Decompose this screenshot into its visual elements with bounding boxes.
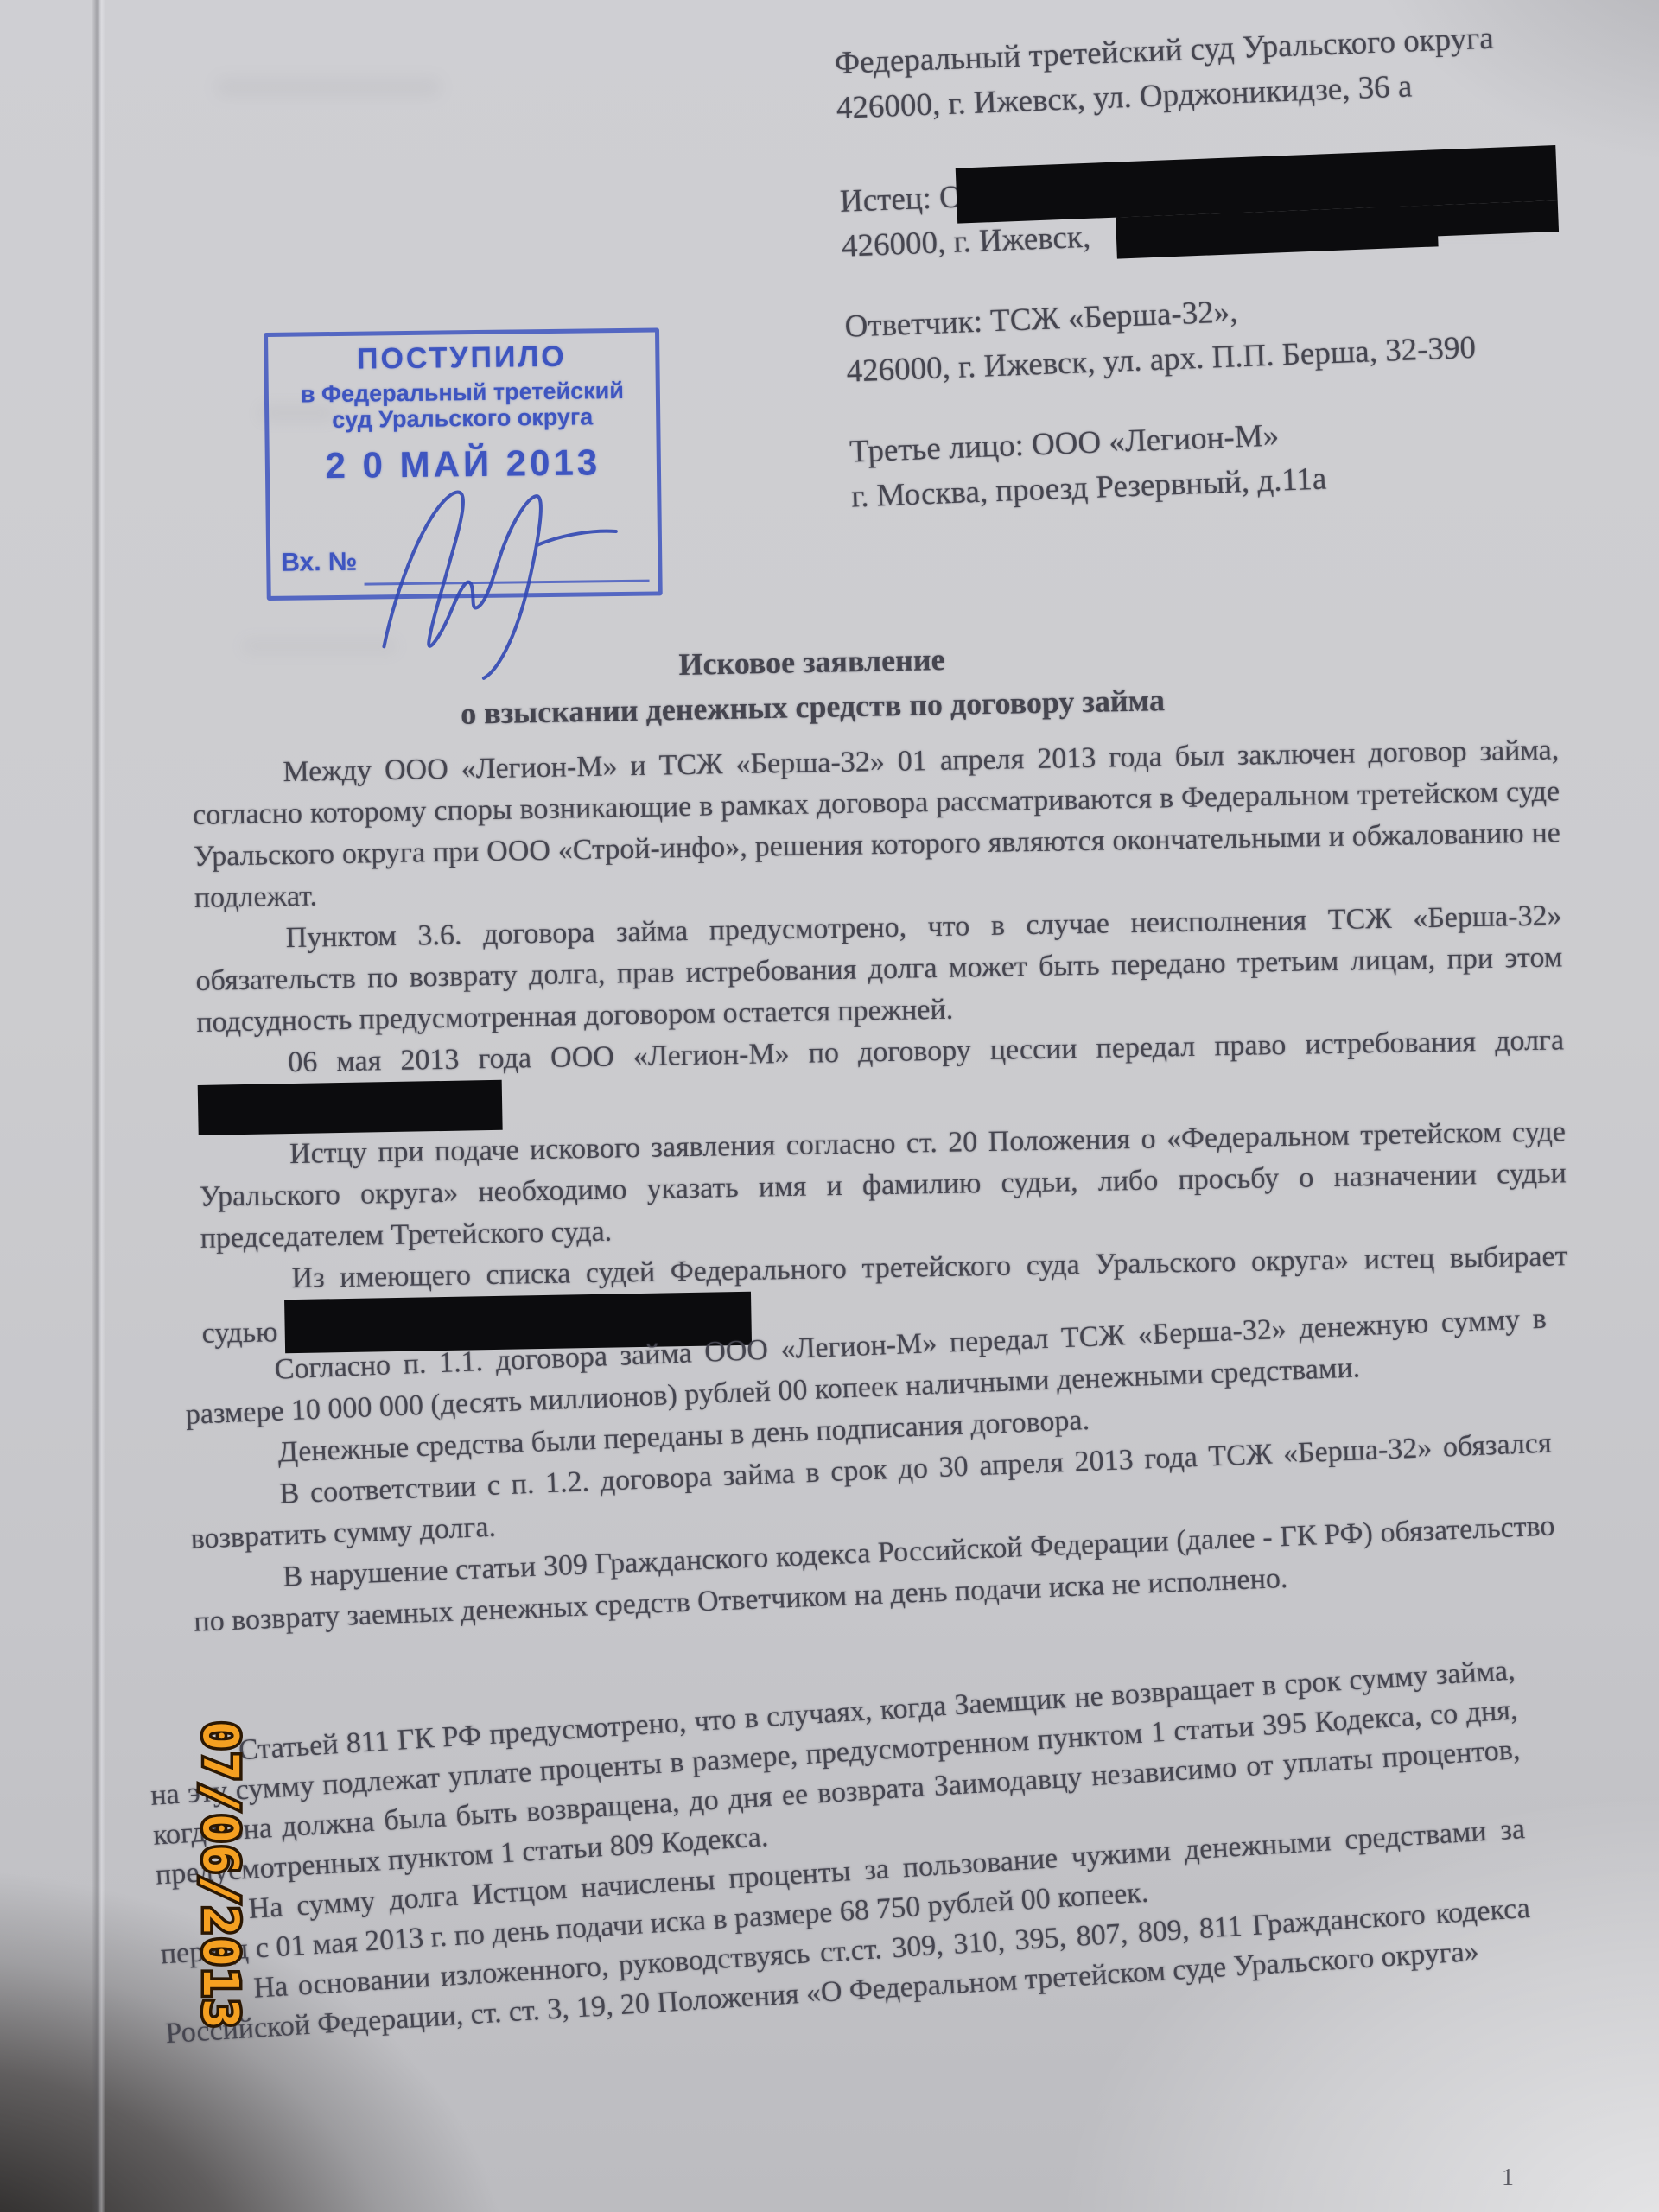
paragraph: Пунктом 3.6. договора займа предусмотрен… [194, 895, 1563, 1044]
document-header: Федеральный третейский суд Уральского ок… [834, 14, 1583, 543]
stamp-court-line2: суд Уральского округа [269, 403, 656, 434]
document-photo: Федеральный третейский суд Уральского ок… [0, 0, 1659, 2212]
body-middle: Согласно п. 1.1. договора займа ООО «Лег… [183, 1299, 1557, 1643]
camera-date-text: 07/06/2013 [192, 1721, 248, 2030]
stamp-received-label: ПОСТУПИЛО [268, 339, 655, 377]
camera-date-stamp: 07/06/2013 [194, 1721, 255, 2093]
bleed-smudge [216, 78, 441, 97]
body-upper: Между ООО «Легион-М» и ТСЖ «Берша-32» 01… [192, 729, 1569, 1355]
paragraph: Истцу при подаче искового заявления согл… [199, 1111, 1567, 1260]
redaction-bar-plaintiff-address2 [1370, 200, 1559, 238]
paper-fold-line [92, 0, 105, 2212]
court-incoming-stamp: ПОСТУПИЛО в Федеральный третейский суд У… [264, 327, 663, 601]
redaction-bar-debtor [198, 1080, 503, 1135]
paragraph: Между ООО «Легион-М» и ТСЖ «Берша-32» 01… [192, 729, 1561, 919]
page-number: 1 [1502, 2164, 1514, 2192]
plaintiff-line: Истец: О [839, 175, 963, 224]
